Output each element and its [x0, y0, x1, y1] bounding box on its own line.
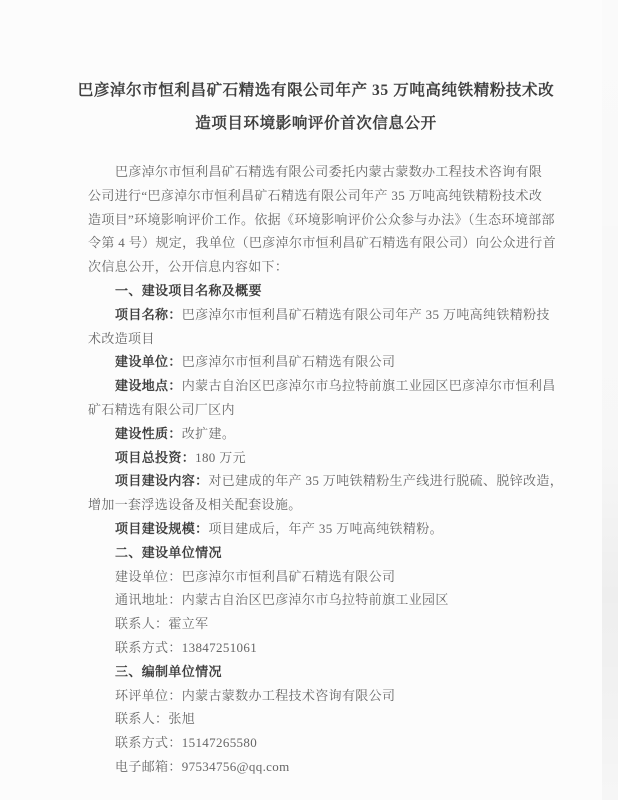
line-label: 建设性质： [115, 426, 182, 441]
scanned-document-page: 巴彦淖尔市恒利昌矿石精选有限公司年产 35 万吨高纯铁精粉技术改 造项目环境影响… [0, 0, 618, 800]
line-label: 一、建设项目名称及概要 [115, 283, 262, 298]
line-text: 通讯地址：内蒙古自治区巴彦淖尔市乌拉特前旗工业园区 [115, 592, 449, 607]
text-line: 一、建设项目名称及概要 [88, 279, 544, 303]
line-text: 联系人：张旭 [115, 711, 195, 726]
line-text: 巴彦淖尔市恒利昌矿石精选有限公司委托内蒙古蒙数办工程技术咨询有限 [115, 164, 542, 179]
line-text: 令第 4 号）规定，我单位（巴彦淖尔市恒利昌矿石精选有限公司）向公众进行首 [88, 235, 556, 250]
text-line: 术改造项目 [88, 327, 544, 351]
text-line: 联系人：张旭 [88, 707, 544, 731]
line-text: 内蒙古自治区巴彦淖尔市乌拉特前旗工业园区巴彦淖尔市恒利昌 [182, 378, 556, 393]
line-label: 二、建设单位情况 [115, 545, 222, 560]
line-label: 项目总投资： [115, 450, 195, 465]
line-text: 180 万元 [195, 450, 246, 465]
text-line: 环评单位：内蒙古蒙数办工程技术咨询有限公司 [88, 684, 544, 708]
line-label: 项目建设内容： [115, 473, 208, 488]
line-text: 矿石精选有限公司厂区内 [88, 402, 235, 417]
document-body: 巴彦淖尔市恒利昌矿石精选有限公司委托内蒙古蒙数办工程技术咨询有限公司进行“巴彦淖… [88, 160, 544, 779]
text-line: 矿石精选有限公司厂区内 [88, 398, 544, 422]
line-text: 电子邮箱：97534756@qq.com [115, 759, 290, 774]
line-text: 术改造项目 [88, 331, 155, 346]
text-line: 建设性质：改扩建。 [88, 422, 544, 446]
text-line: 通讯地址：内蒙古自治区巴彦淖尔市乌拉特前旗工业园区 [88, 588, 544, 612]
document-title-line-2: 造项目环境影响评价首次信息公开 [14, 107, 618, 140]
text-line: 项目名称：巴彦淖尔市恒利昌矿石精选有限公司年产 35 万吨高纯铁精粉技 [88, 303, 544, 327]
text-line: 项目总投资：180 万元 [88, 446, 544, 470]
document-title: 巴彦淖尔市恒利昌矿石精选有限公司年产 35 万吨高纯铁精粉技术改 造项目环境影响… [0, 0, 618, 140]
line-text: 造项目”环境影响评价工作。依据《环境影响评价公众参与办法》（生态环境部部 [88, 212, 555, 227]
line-label: 三、编制单位情况 [115, 664, 222, 679]
line-text: 巴彦淖尔市恒利昌矿石精选有限公司年产 35 万吨高纯铁精粉技 [182, 307, 550, 322]
text-line: 三、编制单位情况 [88, 660, 544, 684]
line-text: 联系方式：15147265580 [115, 735, 257, 750]
text-line: 建设地点：内蒙古自治区巴彦淖尔市乌拉特前旗工业园区巴彦淖尔市恒利昌 [88, 374, 544, 398]
line-text: 巴彦淖尔市恒利昌矿石精选有限公司 [182, 354, 396, 369]
line-text: 改扩建。 [182, 426, 235, 441]
text-line: 项目建设内容：对已建成的年产 35 万吨铁精粉生产线进行脱硫、脱锌改造， [88, 469, 544, 493]
line-text: 对已建成的年产 35 万吨铁精粉生产线进行脱硫、脱锌改造， [208, 473, 563, 488]
text-line: 电子邮箱：97534756@qq.com [88, 755, 544, 779]
text-line: 联系方式：13847251061 [88, 636, 544, 660]
text-line: 联系方式：15147265580 [88, 731, 544, 755]
text-line: 公司进行“巴彦淖尔市恒利昌矿石精选有限公司年产 35 万吨高纯铁精粉技术改 [88, 184, 544, 208]
text-line: 巴彦淖尔市恒利昌矿石精选有限公司委托内蒙古蒙数办工程技术咨询有限 [88, 160, 544, 184]
line-label: 项目名称： [115, 307, 182, 322]
text-line: 次信息公开，公开信息内容如下： [88, 255, 544, 279]
line-text: 联系方式：13847251061 [115, 640, 257, 655]
text-line: 增加一套浮选设备及相关配套设施。 [88, 493, 544, 517]
text-line: 令第 4 号）规定，我单位（巴彦淖尔市恒利昌矿石精选有限公司）向公众进行首 [88, 231, 544, 255]
line-label: 建设单位： [115, 354, 182, 369]
line-label: 项目建设规模： [115, 521, 208, 536]
line-label: 建设地点： [115, 378, 182, 393]
line-text: 增加一套浮选设备及相关配套设施。 [88, 497, 302, 512]
text-line: 联系人：霍立军 [88, 612, 544, 636]
text-line: 建设单位：巴彦淖尔市恒利昌矿石精选有限公司 [88, 350, 544, 374]
line-text: 公司进行“巴彦淖尔市恒利昌矿石精选有限公司年产 35 万吨高纯铁精粉技术改 [88, 188, 542, 203]
line-text: 项目建成后，年产 35 万吨高纯铁精粉。 [208, 521, 443, 536]
text-line: 项目建设规模：项目建成后，年产 35 万吨高纯铁精粉。 [88, 517, 544, 541]
text-line: 建设单位：巴彦淖尔市恒利昌矿石精选有限公司 [88, 565, 544, 589]
line-text: 次信息公开，公开信息内容如下： [88, 259, 288, 274]
line-text: 联系人：霍立军 [115, 616, 208, 631]
text-line: 造项目”环境影响评价工作。依据《环境影响评价公众参与办法》（生态环境部部 [88, 208, 544, 232]
text-line: 二、建设单位情况 [88, 541, 544, 565]
line-text: 环评单位：内蒙古蒙数办工程技术咨询有限公司 [115, 688, 395, 703]
document-title-line-1: 巴彦淖尔市恒利昌矿石精选有限公司年产 35 万吨高纯铁精粉技术改 [14, 74, 618, 107]
line-text: 建设单位：巴彦淖尔市恒利昌矿石精选有限公司 [115, 569, 395, 584]
